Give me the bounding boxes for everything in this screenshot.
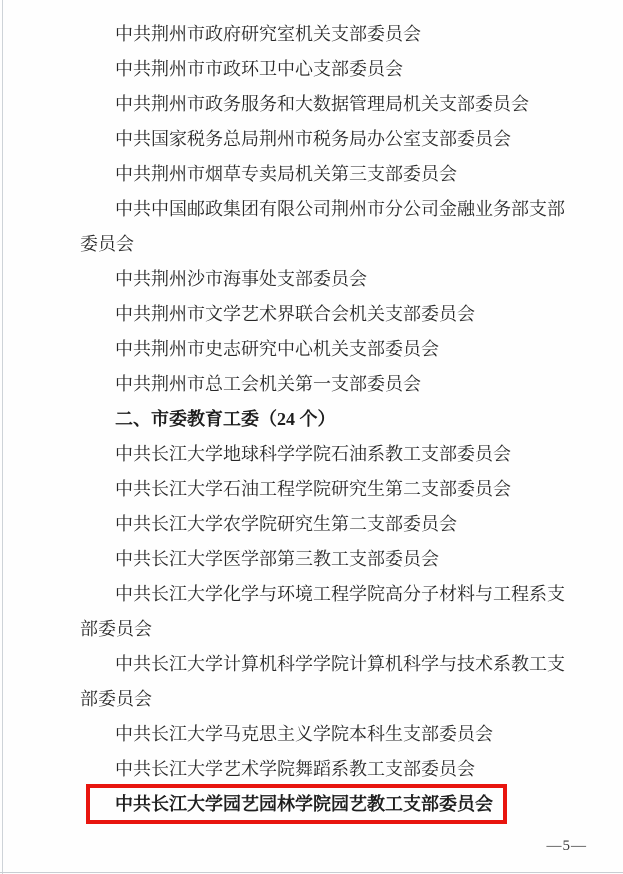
list-item-highlighted: 中共长江大学园艺园林学院园艺教工支部委员会 [80,787,566,822]
list-item: 中共国家税务总局荆州市税务局办公室支部委员会 [80,122,566,157]
document-body: 中共荆州市政府研究室机关支部委员会 中共荆州市市政环卫中心支部委员会 中共荆州市… [80,17,566,822]
list-item: 中共荆州市烟草专卖局机关第三支部委员会 [80,157,566,192]
section-heading: 二、市委教育工委（24 个） [80,402,566,437]
list-item: 中共荆州市史志研究中心机关支部委员会 [80,332,566,367]
list-item: 中共荆州市市政环卫中心支部委员会 [80,52,566,87]
list-item: 中共长江大学石油工程学院研究生第二支部委员会 [80,472,566,507]
list-item: 中共长江大学地球科学学院石油系教工支部委员会 [80,437,566,472]
list-item: 中共中国邮政集团有限公司荆州市分公司金融业务部支部委员会 [80,192,566,262]
document-page: 中共荆州市政府研究室机关支部委员会 中共荆州市市政环卫中心支部委员会 中共荆州市… [0,0,623,874]
page-number: —5— [547,838,588,855]
list-item: 中共长江大学医学部第三教工支部委员会 [80,542,566,577]
list-item: 中共长江大学农学院研究生第二支部委员会 [80,507,566,542]
scan-edge-left [2,0,3,874]
list-item: 中共长江大学马克思主义学院本科生支部委员会 [80,717,566,752]
list-item: 中共荆州市政府研究室机关支部委员会 [80,17,566,52]
list-item: 中共荆州市政务服务和大数据管理局机关支部委员会 [80,87,566,122]
scan-edge-bottom [0,872,623,873]
list-item: 中共荆州沙市海事处支部委员会 [80,262,566,297]
list-item: 中共长江大学计算机科学学院计算机科学与技术系教工支部委员会 [80,647,566,717]
list-item: 中共长江大学化学与环境工程学院高分子材料与工程系支部委员会 [80,577,566,647]
list-item-text: 中共长江大学园艺园林学院园艺教工支部委员会 [115,794,493,814]
list-item: 中共荆州市总工会机关第一支部委员会 [80,367,566,402]
list-item: 中共长江大学艺术学院舞蹈系教工支部委员会 [80,752,566,787]
list-item: 中共荆州市文学艺术界联合会机关支部委员会 [80,297,566,332]
